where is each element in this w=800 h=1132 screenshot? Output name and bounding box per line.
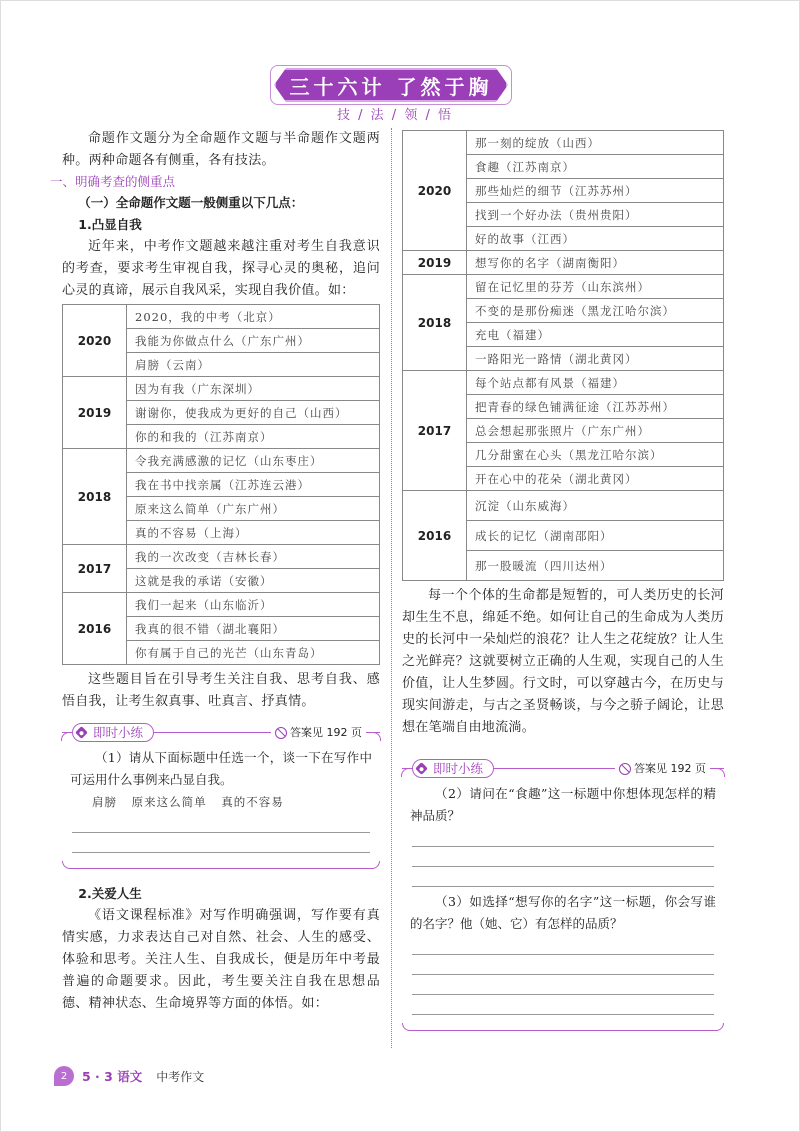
topic-cell: 沉淀（山东威海） <box>467 491 724 521</box>
question-3: （3）如选择“想写你的名字”这一标题，你会写谁的名字？他（她、它）有怎样的品质？ <box>410 891 716 935</box>
topic-cell: 令我充满感激的记忆（山东枣庄） <box>127 449 380 473</box>
prohibited-icon <box>619 763 631 775</box>
diamond-icon <box>415 762 428 775</box>
answer-line[interactable] <box>72 813 370 833</box>
table-row: 20202020，我的中考（北京） <box>63 305 380 329</box>
practice-header: 即时小练 答案见 192 页 <box>62 723 380 743</box>
topic-cell: 我在书中找亲属（江苏连云港） <box>127 473 380 497</box>
year-cell: 2019 <box>63 377 127 449</box>
practice-tag-label: 即时小练 <box>433 761 483 776</box>
topic-cell: 每个站点都有风景（福建） <box>467 371 724 395</box>
topic-cell: 你有属于自己的光芒（山东青岛） <box>127 641 380 665</box>
topic-cell: 成长的记忆（湖南邵阳） <box>467 521 724 551</box>
answer-line[interactable] <box>412 955 714 975</box>
section-heading: 一、明确考查的侧重点 <box>50 172 380 192</box>
answer-reference-label: 答案见 192 页 <box>634 759 706 778</box>
topic-cell: 那一刻的绽放（山西） <box>467 131 724 155</box>
summary-paragraph: 这些题目旨在引导考生关注自我、思考自我、感悟自我，让考生叙真事、吐真言、抒真情。 <box>62 669 380 713</box>
topic-cell: 一路阳光一路情（湖北黄冈） <box>467 347 724 371</box>
year-cell: 2018 <box>403 275 467 371</box>
topic-cell: 肩膀（云南） <box>127 353 380 377</box>
year-cell: 2018 <box>63 449 127 545</box>
answer-line[interactable] <box>412 975 714 995</box>
topic-cell: 2020，我的中考（北京） <box>127 305 380 329</box>
table-row: 2019因为有我（广东深圳） <box>63 377 380 401</box>
topic-cell: 好的故事（江西） <box>467 227 724 251</box>
page-number-badge: 2 <box>54 1066 74 1086</box>
table-row: 2019想写你的名字（湖南衡阳） <box>403 251 724 275</box>
brand-label: 5 · 3 语文 <box>82 1067 142 1085</box>
topic-cell: 几分甜蜜在心头（黑龙江哈尔滨） <box>467 443 724 467</box>
title-options: 肩膀 原来这么简单 真的不容易 <box>70 791 372 813</box>
topic-cell: 开在心中的花朵（湖北黄冈） <box>467 467 724 491</box>
point-heading-1: 1.凸显自我 <box>62 214 380 236</box>
table-row: 2017我的一次改变（吉林长春） <box>63 545 380 569</box>
question-2: （2）请问在“食趣”这一标题中你想体现怎样的精神品质？ <box>410 783 716 827</box>
topic-cell: 留在记忆里的芬芳（山东滨州） <box>467 275 724 299</box>
answer-reference: 答案见 192 页 <box>615 759 710 778</box>
page-footer: 2 5 · 3 语文 中考作文 <box>54 1066 204 1086</box>
practice-header: 即时小练 答案见 192 页 <box>402 759 724 779</box>
answer-reference: 答案见 192 页 <box>271 723 366 742</box>
life-paragraph: 每一个个体的生命都是短暂的，可人类历史的长河却生生不息，绵延不绝。如何让自己的生… <box>402 585 724 739</box>
practice-tag: 即时小练 <box>72 723 154 742</box>
answer-line[interactable] <box>412 827 714 847</box>
practice-box-2: 即时小练 答案见 192 页 （2）请问在“食趣”这一标题中你想体现怎样的精神品… <box>402 759 724 1031</box>
page-subtitle: 技 / 法 / 领 / 悟 <box>300 104 490 123</box>
year-cell: 2016 <box>63 593 127 665</box>
topic-cell: 充电（福建） <box>467 323 724 347</box>
point-heading-2: 2.关爱人生 <box>62 883 380 905</box>
answer-line[interactable] <box>72 833 370 853</box>
topic-cell: 谢谢你，使我成为更好的自己（山西） <box>127 401 380 425</box>
table-row: 2016沉淀（山东威海） <box>403 491 724 521</box>
topic-cell: 我的一次改变（吉林长春） <box>127 545 380 569</box>
column-divider <box>391 128 392 1048</box>
topic-cell: 我能为你做点什么（广东广州） <box>127 329 380 353</box>
topics-table-left: 20202020，我的中考（北京） 我能为你做点什么（广东广州） 肩膀（云南） … <box>62 304 380 665</box>
table-row: 2017每个站点都有风景（福建） <box>403 371 724 395</box>
answer-line[interactable] <box>412 935 714 955</box>
page-title: 三十六计 了然于胸 <box>274 68 508 102</box>
table-row: 2016我们一起来（山东临沂） <box>63 593 380 617</box>
topics-table-right: 2020那一刻的绽放（山西） 食趣（江苏南京） 那些灿烂的细节（江苏苏州） 找到… <box>402 130 724 581</box>
topic-cell: 真的不容易（上海） <box>127 521 380 545</box>
year-cell: 2019 <box>403 251 467 275</box>
topic-cell: 原来这么简单（广东广州） <box>127 497 380 521</box>
topic-cell: 总会想起那张照片（广东广州） <box>467 419 724 443</box>
year-cell: 2017 <box>63 545 127 593</box>
answer-reference-label: 答案见 192 页 <box>290 723 362 742</box>
answer-line[interactable] <box>412 995 714 1015</box>
practice-body: （1）请从下面标题中任选一个，谈一下在写作中可运用什么事例来凸显自我。 肩膀 原… <box>62 743 380 861</box>
question-1: （1）请从下面标题中任选一个，谈一下在写作中可运用什么事例来凸显自我。 <box>70 747 372 791</box>
topic-cell: 那一股暖流（四川达州） <box>467 551 724 581</box>
practice-tag-label: 即时小练 <box>93 725 143 740</box>
left-column: 命题作文题分为全命题作文题与半命题作文题两种。两种命题各有侧重，各有技法。 一、… <box>62 128 380 1015</box>
year-cell: 2020 <box>403 131 467 251</box>
topic-cell: 因为有我（广东深圳） <box>127 377 380 401</box>
topic-cell: 食趣（江苏南京） <box>467 155 724 179</box>
topic-cell: 我真的很不错（湖北襄阳） <box>127 617 380 641</box>
topic-cell: 把青春的绿色铺满征途（江苏苏州） <box>467 395 724 419</box>
practice-body: （2）请问在“食趣”这一标题中你想体现怎样的精神品质？ （3）如选择“想写你的名… <box>402 779 724 1023</box>
point1-paragraph: 近年来，中考作文题越来越注重对考生自我意识的考查，要求考生审视自我，探寻心灵的奥… <box>62 236 380 302</box>
prohibited-icon <box>275 727 287 739</box>
point2-paragraph: 《语文课程标准》对写作明确强调，写作要有真情实感，力求表达自己对自然、社会、人生… <box>62 905 380 1015</box>
topic-cell: 不变的是那份痴迷（黑龙江哈尔滨） <box>467 299 724 323</box>
practice-box-1: 即时小练 答案见 192 页 （1）请从下面标题中任选一个，谈一下在写作中可运用… <box>62 723 380 869</box>
topic-cell: 你的和我的（江苏南京） <box>127 425 380 449</box>
table-row: 2020那一刻的绽放（山西） <box>403 131 724 155</box>
diamond-icon <box>75 726 88 739</box>
practice-bottom-line <box>62 861 380 869</box>
topic-cell: 我们一起来（山东临沂） <box>127 593 380 617</box>
topic-cell: 找到一个好办法（贵州贵阳） <box>467 203 724 227</box>
intro-paragraph: 命题作文题分为全命题作文题与半命题作文题两种。两种命题各有侧重，各有技法。 <box>62 128 380 172</box>
header-banner: 三十六计 了然于胸 <box>274 68 508 102</box>
topic-cell: 想写你的名字（湖南衡阳） <box>467 251 724 275</box>
table-row: 2018留在记忆里的芬芳（山东滨州） <box>403 275 724 299</box>
year-cell: 2016 <box>403 491 467 581</box>
topic-cell: 这就是我的承诺（安徽） <box>127 569 380 593</box>
practice-bottom-line <box>402 1023 724 1031</box>
practice-tag: 即时小练 <box>412 759 494 778</box>
subsection-heading: （一）全命题作文题一般侧重以下几点： <box>62 192 380 214</box>
answer-line[interactable] <box>412 847 714 867</box>
book-title: 中考作文 <box>156 1068 204 1085</box>
year-cell: 2017 <box>403 371 467 491</box>
right-column: 2020那一刻的绽放（山西） 食趣（江苏南京） 那些灿烂的细节（江苏苏州） 找到… <box>402 130 724 1031</box>
answer-line[interactable] <box>412 867 714 887</box>
topic-cell: 那些灿烂的细节（江苏苏州） <box>467 179 724 203</box>
year-cell: 2020 <box>63 305 127 377</box>
table-row: 2018令我充满感激的记忆（山东枣庄） <box>63 449 380 473</box>
